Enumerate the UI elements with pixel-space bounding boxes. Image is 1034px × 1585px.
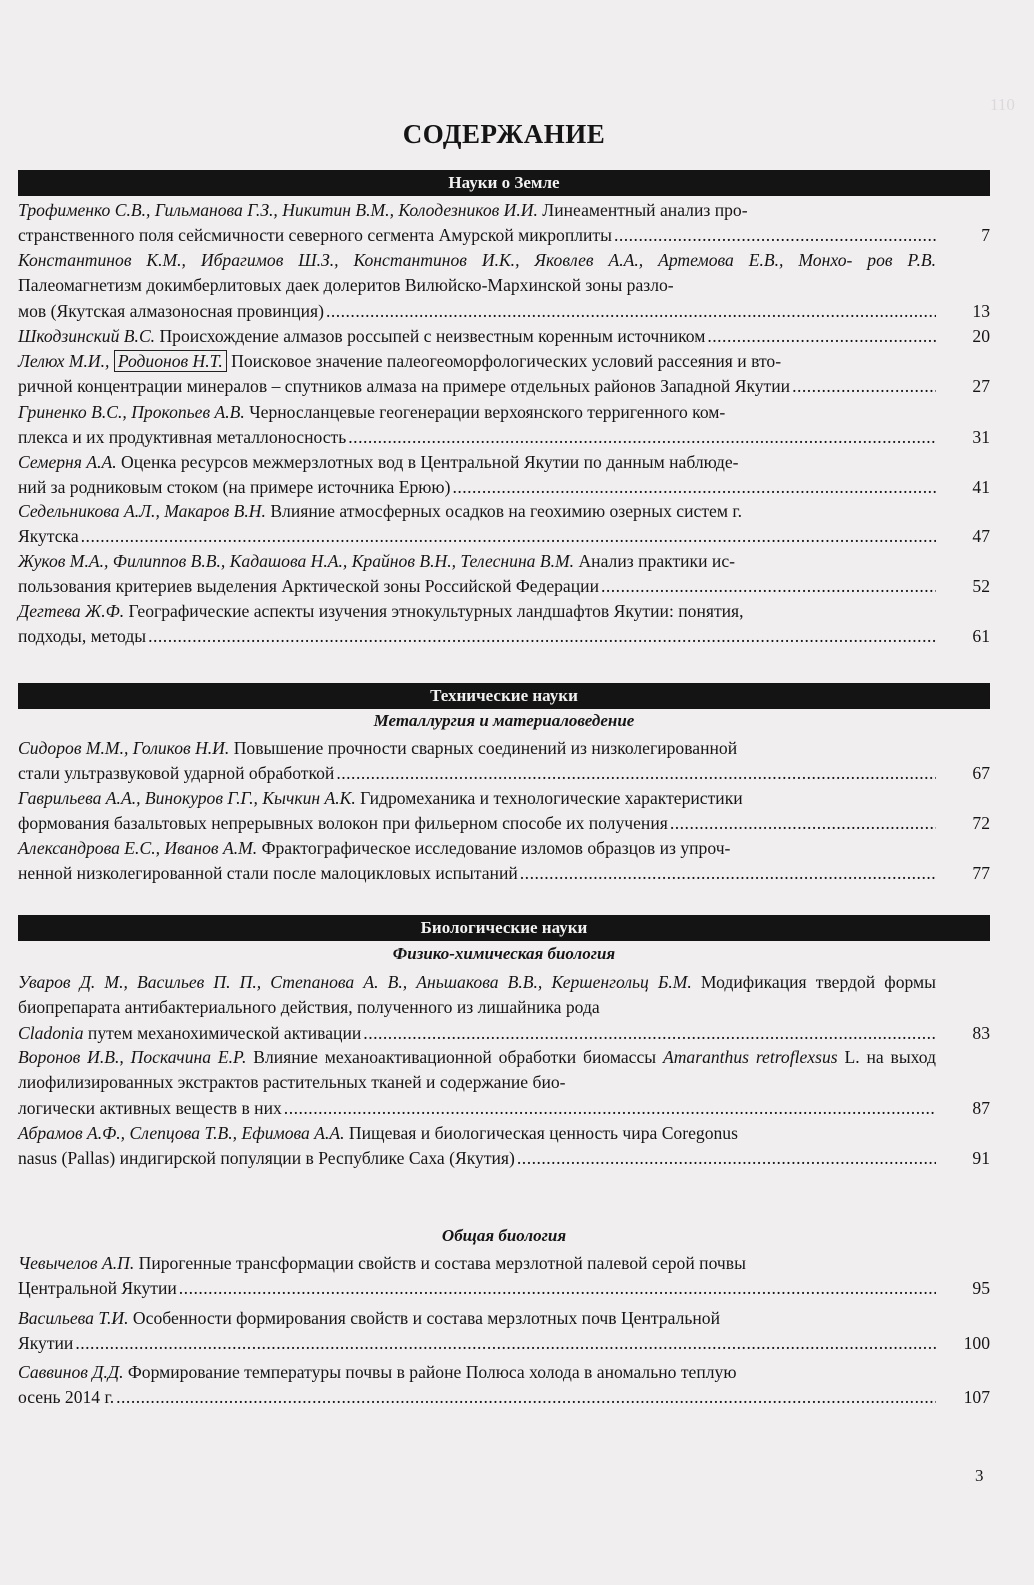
- toc-entry[interactable]: Седельникова А.Л., Макаров В.Н. Влияние …: [18, 499, 990, 550]
- page-ref[interactable]: 41: [940, 475, 990, 500]
- toc-entry[interactable]: Сидоров М.М., Голиков Н.И. Повышение про…: [18, 736, 990, 787]
- toc-entry[interactable]: Саввинов Д.Д. Формирование температуры п…: [18, 1360, 990, 1411]
- toc-entry[interactable]: Александрова Е.С., Иванов А.М. Фрактогра…: [18, 836, 990, 887]
- toc-entry[interactable]: Семерня А.А. Оценка ресурсов межмерзлотн…: [18, 450, 990, 501]
- subsection-heading: Общая биология: [18, 1226, 990, 1246]
- toc-entry[interactable]: Гаврильева А.А., Винокуров Г.Г., Кычкин …: [18, 786, 990, 837]
- page-ref[interactable]: 87: [940, 1096, 990, 1121]
- toc-entry[interactable]: Трофименко С.В., Гильманова Г.З., Никити…: [18, 198, 990, 249]
- highlighted-author: Родионов Н.Т.: [114, 350, 227, 372]
- page-ref[interactable]: 100: [940, 1331, 990, 1356]
- toc-entry[interactable]: Васильева Т.И. Особенности формирования …: [18, 1306, 990, 1357]
- toc-entry[interactable]: Шкодзинский В.С. Происхождение алмазов р…: [18, 324, 990, 349]
- page-ref[interactable]: 61: [940, 624, 990, 649]
- section-heading-biological-sciences: Биологические науки: [18, 915, 990, 941]
- subsection-heading: Металлургия и материаловедение: [18, 711, 990, 731]
- page-ref[interactable]: 7: [940, 223, 990, 248]
- toc-entry[interactable]: Воронов И.В., Поскачина Е.Р. Влияние мех…: [18, 1045, 990, 1121]
- section-heading-technical-sciences: Технические науки: [18, 683, 990, 709]
- page-ref[interactable]: 20: [940, 324, 990, 349]
- page-ref[interactable]: 47: [940, 524, 990, 549]
- page-ref[interactable]: 31: [940, 425, 990, 450]
- section-heading-earth-sciences: Науки о Земле: [18, 170, 990, 196]
- page-ref[interactable]: 67: [940, 761, 990, 786]
- toc-entry[interactable]: Дегтева Ж.Ф. Географические аспекты изуч…: [18, 599, 990, 650]
- page-ref[interactable]: 83: [940, 1021, 990, 1046]
- page-ref[interactable]: 13: [940, 299, 990, 324]
- toc-entry[interactable]: Константинов К.М., Ибрагимов Ш.З., Конст…: [18, 248, 990, 324]
- page-ref[interactable]: 52: [940, 574, 990, 599]
- toc-entry[interactable]: Уваров Д. М., Васильев П. П., Степанова …: [18, 970, 990, 1046]
- bleed-through: 110: [990, 95, 1015, 115]
- page-ref[interactable]: 91: [940, 1146, 990, 1171]
- page-ref[interactable]: 77: [940, 861, 990, 886]
- page-ref[interactable]: 107: [940, 1385, 990, 1410]
- toc-entry[interactable]: Чевычелов А.П. Пирогенные трансформации …: [18, 1251, 990, 1302]
- page-number: 3: [975, 1466, 984, 1486]
- toc-entry[interactable]: Гриненко В.С., Прокопьев А.В. Черносланц…: [18, 400, 990, 451]
- page-title: СОДЕРЖАНИЕ: [18, 119, 990, 150]
- toc-entry[interactable]: Лелюх М.И., Родионов Н.Т. Поисковое знач…: [18, 349, 990, 400]
- toc-entry[interactable]: Жуков М.А., Филиппов В.В., Кадашова Н.А.…: [18, 549, 990, 600]
- page-ref[interactable]: 27: [940, 374, 990, 399]
- page-ref[interactable]: 72: [940, 811, 990, 836]
- page-ref[interactable]: 95: [940, 1276, 990, 1301]
- subsection-heading: Физико-химическая биология: [18, 944, 990, 964]
- toc-entry[interactable]: Абрамов А.Ф., Слепцова Т.В., Ефимова А.А…: [18, 1121, 990, 1172]
